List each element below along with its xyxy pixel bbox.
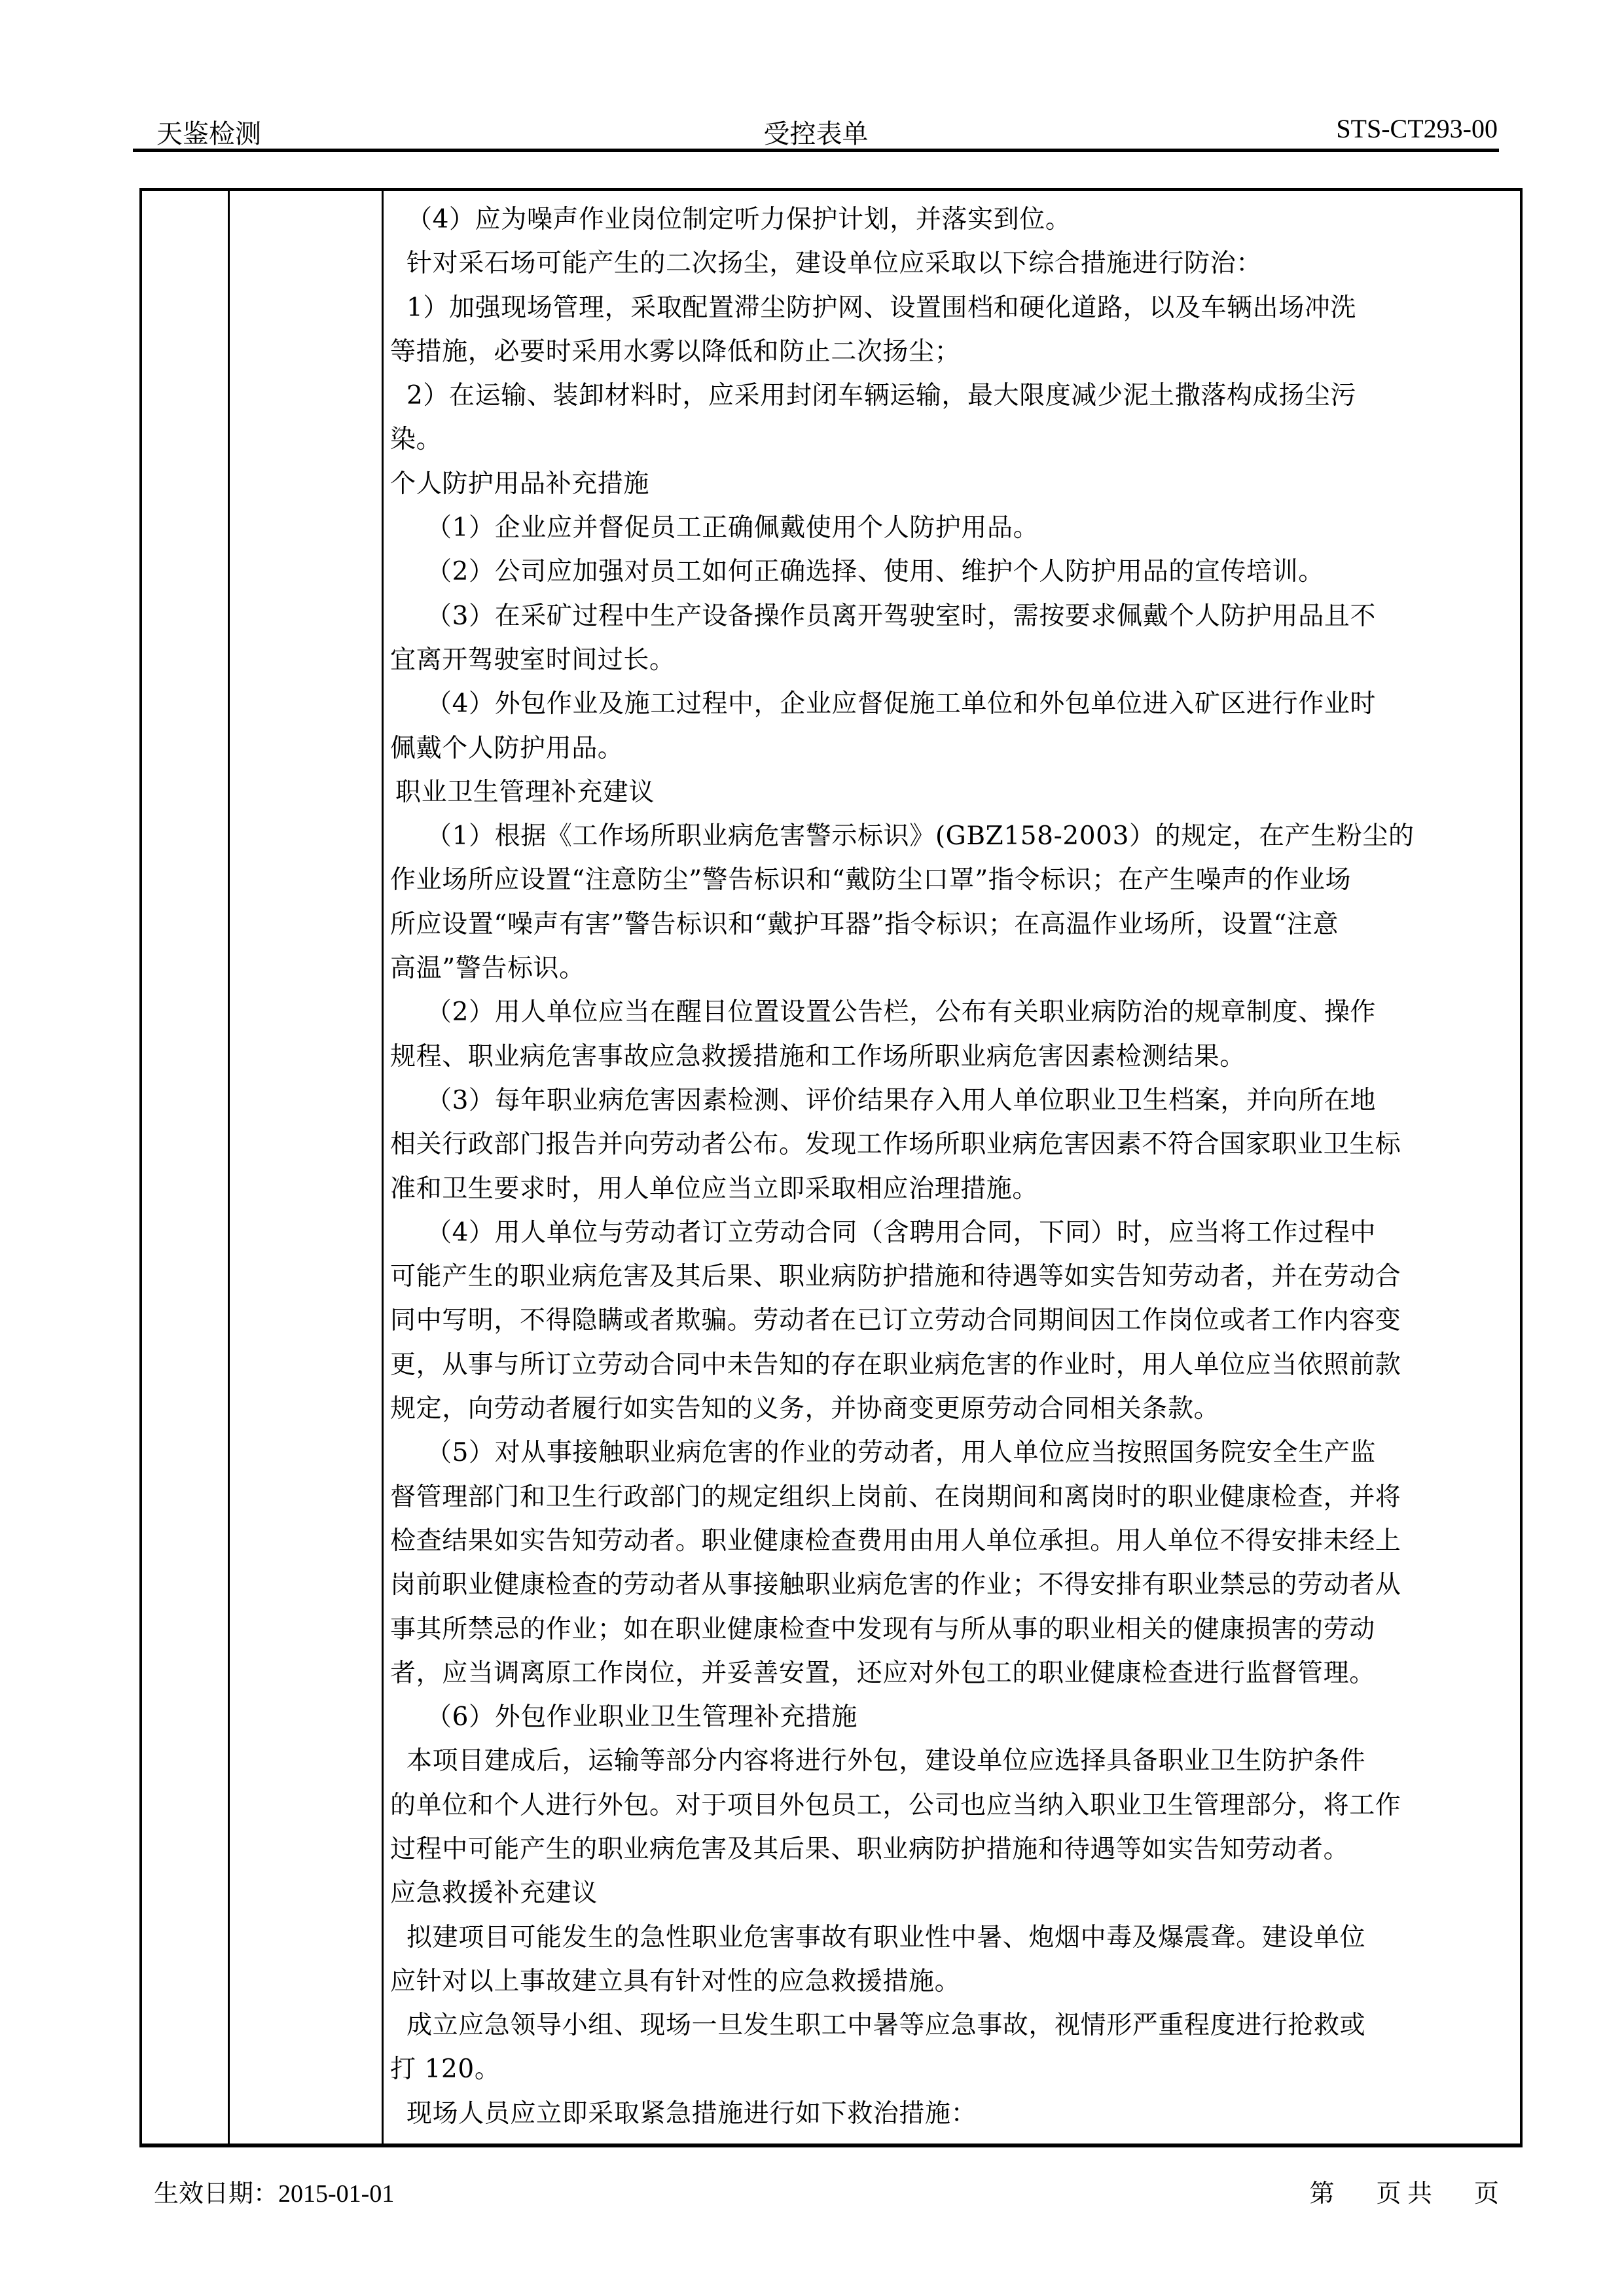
document-code: STS-CT293-00 [1336, 113, 1498, 144]
page-number: 第页 共页 [1309, 2173, 1499, 2209]
text-line: 岗前职业健康检查的劳动者从事接触职业病危害的作业；不得安排有职业禁忌的劳动者从 [390, 1563, 1517, 1607]
text-line: 拟建项目可能发生的急性职业危害事故有职业性中暑、炮烟中毒及爆震聋。建设单位 [390, 1916, 1517, 1960]
text-line: （2）公司应加强对员工如何正确选择、使用、维护个人防护用品的宣传培训。 [390, 550, 1517, 594]
text-line: （4）用人单位与劳动者订立劳动合同（含聘用合同，下同）时，应当将工作过程中 [390, 1211, 1517, 1255]
text-line: 准和卫生要求时，用人单位应当立即采取相应治理措施。 [390, 1167, 1517, 1211]
text-line: 事其所禁忌的作业；如在职业健康检查中发现有与所从事的职业相关的健康损害的劳动 [390, 1607, 1517, 1651]
text-line: 宜离开驾驶室时间过长。 [390, 638, 1517, 682]
table-column-2 [230, 191, 384, 2144]
text-line: （4）外包作业及施工过程中，企业应督促施工单位和外包单位进入矿区进行作业时 [390, 682, 1517, 726]
text-line: 相关行政部门报告并向劳动者公布。发现工作场所职业病危害因素不符合国家职业卫生标 [390, 1122, 1517, 1166]
text-line: 所应设置“噪声有害”警告标识和“戴护耳器”指令标识；在高温作业场所，设置“注意 [390, 903, 1517, 946]
text-line: 打 120。 [390, 2047, 1517, 2091]
text-line: 规定，向劳动者履行如实告知的义务，并协商变更原劳动合同相关条款。 [390, 1387, 1517, 1431]
text-line: （1）立即将隐患者移到通风、阴凉、干燥的地方，如走廊树阴下休息。 [390, 2136, 1517, 2144]
text-line: 1）加强现场管理，采取配置滞尘防护网、设置围档和硬化道路，以及车辆出场冲洗 [390, 286, 1517, 330]
page-mid: 页 共 [1376, 2173, 1432, 2209]
form-table: （4）应为噪声作业岗位制定听力保护计划，并落实到位。针对采石场可能产生的二次扬尘… [139, 188, 1523, 2147]
content-cell: （4）应为噪声作业岗位制定听力保护计划，并落实到位。针对采石场可能产生的二次扬尘… [384, 191, 1520, 2144]
page-header: 天鉴检测 受控表单 STS-CT293-00 [133, 108, 1499, 152]
text-line: （3）在采矿过程中生产设备操作员离开驾驶室时，需按要求佩戴个人防护用品且不 [390, 594, 1517, 638]
effective-date-value: 2015-01-01 [278, 2180, 394, 2208]
text-line: 佩戴个人防护用品。 [390, 726, 1517, 770]
text-line: 者，应当调离原工作岗位，并妥善安置，还应对外包工的职业健康检查进行监督管理。 [390, 1651, 1517, 1695]
table-column-1 [142, 191, 230, 2144]
text-line: 染。 [390, 418, 1517, 461]
text-line: 应急救援补充建议 [390, 1871, 1517, 1915]
text-line: 成立应急领导小组、现场一旦发生职工中暑等应急事故，视情形严重程度进行抢救或 [390, 2003, 1517, 2047]
text-line: （5）对从事接触职业病危害的作业的劳动者，用人单位应当按照国务院安全生产监 [390, 1431, 1517, 1475]
page-prefix: 第 [1309, 2173, 1334, 2209]
text-line: 高温”警告标识。 [390, 946, 1517, 990]
text-line: 可能产生的职业病危害及其后果、职业病防护措施和待遇等如实告知劳动者，并在劳动合 [390, 1255, 1517, 1299]
page-suffix: 页 [1474, 2173, 1499, 2209]
text-line: 过程中可能产生的职业病危害及其后果、职业病防护措施和待遇等如实告知劳动者。 [390, 1827, 1517, 1871]
text-line: （4）应为噪声作业岗位制定听力保护计划，并落实到位。 [390, 198, 1517, 242]
text-line: 2）在运输、装卸材料时，应采用封闭车辆运输，最大限度减少泥土撒落构成扬尘污 [390, 374, 1517, 418]
effective-date: 生效日期：2015-01-01 [154, 2173, 394, 2209]
text-line: 作业场所应设置“注意防尘”警告标识和“戴防尘口罩”指令标识；在产生噪声的作业场 [390, 858, 1517, 902]
text-line: （1）根据《工作场所职业病危害警示标识》(GBZ158-2003）的规定，在产生… [390, 814, 1517, 858]
text-line: （6）外包作业职业卫生管理补充措施 [390, 1695, 1517, 1739]
text-line: 针对采石场可能产生的二次扬尘，建设单位应采取以下综合措施进行防治： [390, 242, 1517, 285]
text-line: 现场人员应立即采取紧急措施进行如下救治措施： [390, 2092, 1517, 2136]
text-line: 个人防护用品补充措施 [390, 462, 1517, 506]
text-line: 职业卫生管理补充建议 [390, 770, 1517, 814]
page-footer: 生效日期：2015-01-01 第页 共页 [133, 2173, 1499, 2212]
text-line: （1）企业应并督促员工正确佩戴使用个人防护用品。 [390, 506, 1517, 550]
text-line: 督管理部门和卫生行政部门的规定组织上岗前、在岗期间和离岗时的职业健康检查，并将 [390, 1475, 1517, 1519]
document-type: 受控表单 [133, 113, 1499, 151]
text-line: 的单位和个人进行外包。对于项目外包员工，公司也应当纳入职业卫生管理部分，将工作 [390, 1784, 1517, 1827]
text-line: 更，从事与所订立劳动合同中未告知的存在职业病危害的作业时，用人单位应当依照前款 [390, 1343, 1517, 1387]
text-line: 本项目建成后，运输等部分内容将进行外包，建设单位应选择具备职业卫生防护条件 [390, 1739, 1517, 1783]
text-line: 同中写明，不得隐瞒或者欺骗。劳动者在已订立劳动合同期间因工作岗位或者工作内容变 [390, 1299, 1517, 1342]
text-line: 检查结果如实告知劳动者。职业健康检查费用由用人单位承担。用人单位不得安排未经上 [390, 1519, 1517, 1563]
effective-date-label: 生效日期： [154, 2180, 278, 2208]
text-line: 等措施，必要时采用水雾以降低和防止二次扬尘； [390, 330, 1517, 374]
text-line: 规程、职业病危害事故应急救援措施和工作场所职业病危害因素检测结果。 [390, 1035, 1517, 1079]
text-line: 应针对以上事故建立具有针对性的应急救援措施。 [390, 1960, 1517, 2003]
text-line: （3）每年职业病危害因素检测、评价结果存入用人单位职业卫生档案，并向所在地 [390, 1079, 1517, 1122]
text-line: （2）用人单位应当在醒目位置设置公告栏，公布有关职业病防治的规章制度、操作 [390, 990, 1517, 1034]
